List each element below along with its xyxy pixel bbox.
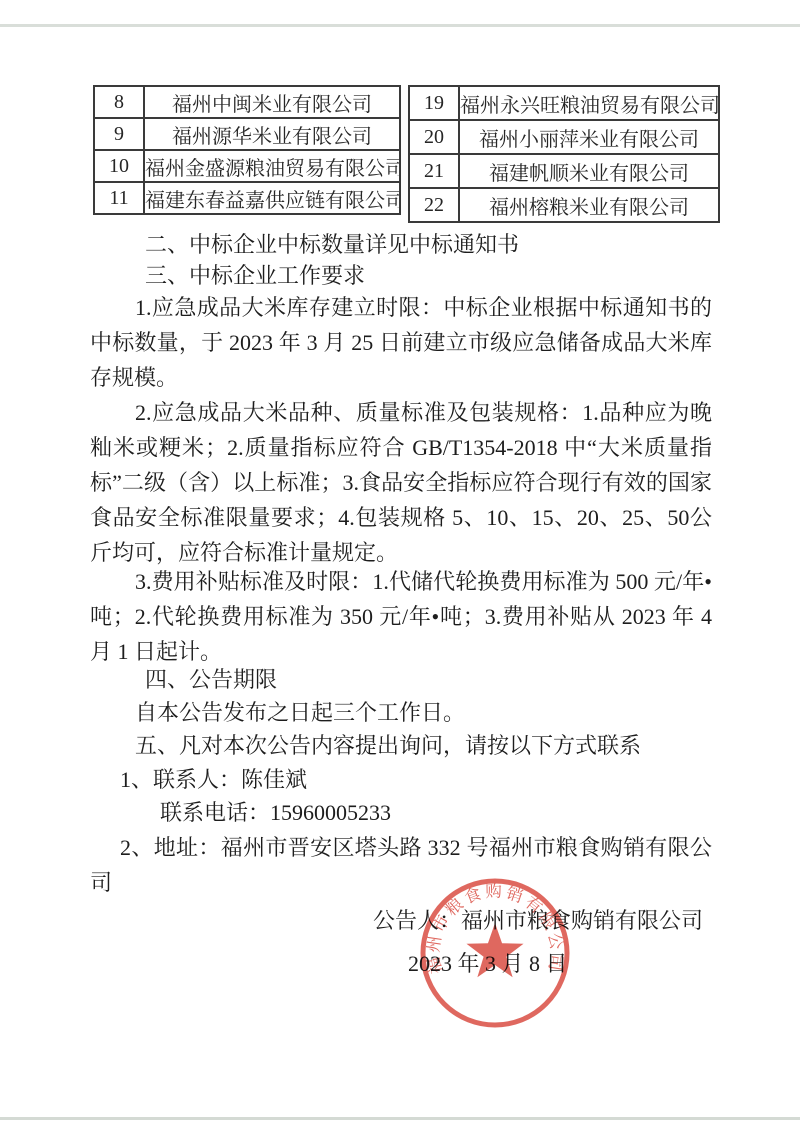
winners-table-right: 19 福州永兴旺粮油贸易有限公司 20 福州小丽萍米业有限公司 21 福建帆顺米… bbox=[408, 85, 720, 223]
seal-star-icon bbox=[466, 923, 523, 977]
company-cell: 福州金盛源粮油贸易有限公司 bbox=[144, 150, 400, 182]
rank-cell: 21 bbox=[409, 154, 459, 188]
rank-cell: 19 bbox=[409, 86, 459, 120]
company-cell: 福州永兴旺粮油贸易有限公司 bbox=[459, 86, 719, 120]
official-seal: 福州市粮食购销有限公司 bbox=[403, 861, 587, 1045]
rank-cell: 11 bbox=[94, 182, 144, 214]
rank-cell: 9 bbox=[94, 118, 144, 150]
winners-table-left: 8 福州中闽米业有限公司 9 福州源华米业有限公司 10 福州金盛源粮油贸易有限… bbox=[93, 85, 401, 215]
rank-cell: 22 bbox=[409, 188, 459, 222]
company-cell: 福建东春益嘉供应链有限公司 bbox=[144, 182, 400, 214]
table-row: 8 福州中闽米业有限公司 bbox=[94, 86, 400, 118]
company-cell: 福州中闽米业有限公司 bbox=[144, 86, 400, 118]
rank-cell: 8 bbox=[94, 86, 144, 118]
table-row: 10 福州金盛源粮油贸易有限公司 bbox=[94, 150, 400, 182]
company-cell: 福州小丽萍米业有限公司 bbox=[459, 120, 719, 154]
table-row: 19 福州永兴旺粮油贸易有限公司 bbox=[409, 86, 719, 120]
company-cell: 福州榕粮米业有限公司 bbox=[459, 188, 719, 222]
address-line: 2、地址：福州市晋安区塔头路 332 号福州市粮食购销有限公司 bbox=[90, 830, 712, 900]
section-heading-3: 三、中标企业工作要求 bbox=[90, 258, 712, 293]
requirement-item-2: 2.应急成品大米品种、质量标准及包装规格：1.品种应为晚籼米或粳米；2.质量指标… bbox=[90, 395, 712, 570]
section-heading-2: 二、中标企业中标数量详见中标通知书 bbox=[90, 227, 712, 262]
contact-phone-line: 联系电话：15960005233 bbox=[90, 795, 712, 830]
table-row: 20 福州小丽萍米业有限公司 bbox=[409, 120, 719, 154]
company-cell: 福建帆顺米业有限公司 bbox=[459, 154, 719, 188]
requirement-item-1: 1.应急成品大米库存建立时限：中标企业根据中标通知书的中标数量，于 2023 年… bbox=[90, 290, 712, 395]
table-row: 21 福建帆顺米业有限公司 bbox=[409, 154, 719, 188]
rank-cell: 20 bbox=[409, 120, 459, 154]
table-row: 22 福州榕粮米业有限公司 bbox=[409, 188, 719, 222]
scan-top-edge bbox=[0, 24, 800, 27]
rank-cell: 10 bbox=[94, 150, 144, 182]
contact-person-line: 1、联系人：陈佳斌 bbox=[90, 762, 712, 797]
notice-period-text: 自本公告发布之日起三个工作日。 bbox=[90, 695, 712, 730]
section-heading-5: 五、凡对本次公告内容提出询问，请按以下方式联系 bbox=[90, 728, 712, 763]
scan-bottom-edge bbox=[0, 1117, 800, 1120]
section-heading-4: 四、公告期限 bbox=[90, 662, 712, 697]
table-row: 11 福建东春益嘉供应链有限公司 bbox=[94, 182, 400, 214]
company-cell: 福州源华米业有限公司 bbox=[144, 118, 400, 150]
document-page: 8 福州中闽米业有限公司 9 福州源华米业有限公司 10 福州金盛源粮油贸易有限… bbox=[0, 0, 800, 1131]
requirement-item-3: 3.费用补贴标准及时限：1.代储代轮换费用标准为 500 元/年•吨；2.代轮换… bbox=[90, 564, 712, 669]
table-row: 9 福州源华米业有限公司 bbox=[94, 118, 400, 150]
